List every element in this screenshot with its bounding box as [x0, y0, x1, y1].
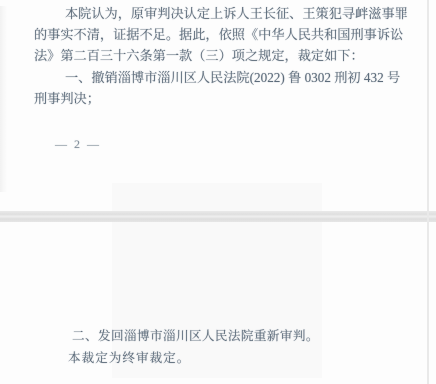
body-line-ruling-item-2: 二、发回淄博市淄川区人民法院重新审判。 — [72, 329, 319, 343]
body-line-final-ruling: 本裁定为终审裁定。 — [68, 351, 190, 365]
right-page-edge-line — [427, 0, 429, 384]
body-line-ruling-item-1: 一、撤销淄博市淄川区人民法院(2022) 鲁 0302 刑初 432 号 — [65, 71, 400, 85]
page-number: — 2 — — [55, 137, 101, 152]
scanned-court-document: 本院认为，原审判决认定上诉人王长征、王策犯寻衅滋事罪 的事实不清，证据不足。据此… — [0, 0, 436, 384]
body-line: 本院认为，原审判决认定上诉人王长征、王策犯寻衅滋事罪 — [65, 7, 408, 21]
body-line: 刑事判决； — [34, 92, 100, 106]
body-line: 法》第二百三十六条第一款（三）项之规定，裁定如下： — [34, 49, 364, 63]
left-page-edge-shade — [0, 6, 7, 192]
page-separator — [0, 211, 436, 222]
body-line: 的事实不清，证据不足。据此，依照《中华人民共和国刑事诉讼 — [34, 28, 403, 42]
